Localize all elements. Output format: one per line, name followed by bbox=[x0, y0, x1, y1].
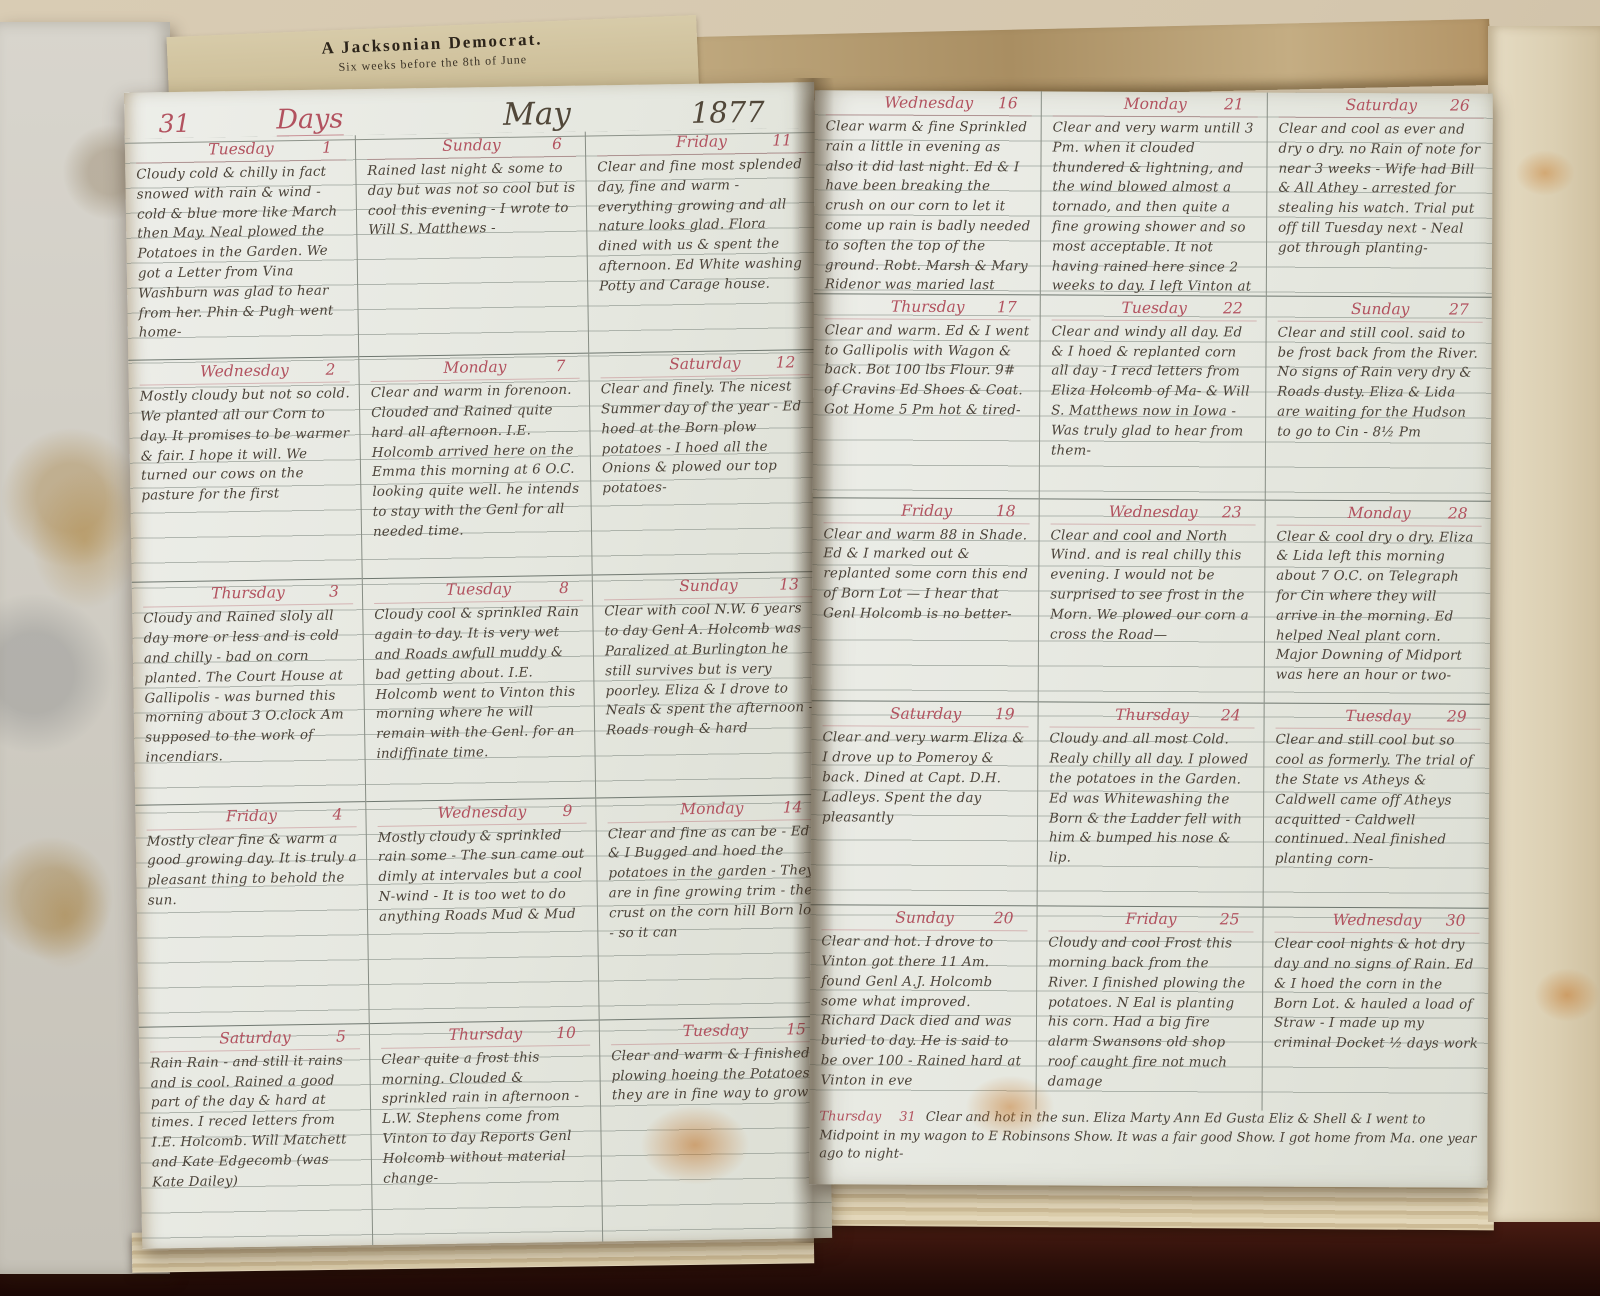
diary-entry-thursday-31: Thursday31Clear and hot in the sun. Eliz… bbox=[819, 1108, 1477, 1183]
diary-entry-monday-7: Monday 7 Clear and warm in forenoon. Clo… bbox=[359, 353, 591, 579]
entry-day-label: Saturday bbox=[1346, 96, 1417, 114]
entry-date-number: 20 bbox=[994, 907, 1014, 930]
diary-entry-thursday-17: Thursday 17 Clear and warm. Ed & I went … bbox=[813, 293, 1040, 498]
diary-entry-saturday-12: Saturday 12 Clear and finely. The nicest… bbox=[589, 349, 821, 575]
entry-text: Clear and still cool. said to be frost b… bbox=[1277, 323, 1483, 443]
days-word: Days bbox=[276, 103, 343, 136]
left-diary-page: 31 Days May 1877 Tuesday 1 Cloudy cold &… bbox=[124, 82, 832, 1249]
diary-entry-tuesday-1: Tuesday 1 Cloudy cold & chilly in fact s… bbox=[125, 135, 358, 360]
diary-entry-saturday-26: Saturday 26 Clear and cool as ever and d… bbox=[1267, 93, 1493, 297]
entry-text: Mostly cloudy but not so cold. We plante… bbox=[140, 385, 352, 507]
entry-day-label: Tuesday bbox=[683, 1021, 749, 1040]
entry-date-number: 6 bbox=[552, 133, 562, 156]
entry-text: Clear and very warm Eliza & I drove up t… bbox=[822, 729, 1029, 829]
entry-text: Clear and hot. I drove to Vinton got the… bbox=[821, 932, 1028, 1091]
entry-day-label: Saturday bbox=[219, 1028, 291, 1047]
right-page-column-3: Saturday 26 Clear and cool as ever and d… bbox=[1262, 93, 1493, 1112]
entry-date-number: 4 bbox=[332, 803, 342, 826]
entry-day-label: Thursday bbox=[211, 584, 285, 603]
entry-day-label: Sunday bbox=[679, 577, 738, 596]
entry-date-number: 30 bbox=[1446, 910, 1466, 933]
entry-text: Clear cool nights & hot dry day and no s… bbox=[1274, 935, 1480, 1055]
entry-text: Rain Rain - and still it rains and is co… bbox=[150, 1051, 362, 1193]
diary-entry-tuesday-29: Tuesday 29 Clear and still cool but so c… bbox=[1264, 703, 1490, 908]
entry-date-number: 26 bbox=[1450, 95, 1470, 118]
entry-text: Clear warm & fine Sprinkled rain a littl… bbox=[825, 117, 1032, 294]
entry-date-number: 1 bbox=[322, 137, 332, 160]
entry-text: Clear and still cool but so cool as form… bbox=[1275, 731, 1481, 871]
entry-date-number: 28 bbox=[1448, 502, 1468, 525]
right-diary-page: Wednesday 16 Clear warm & fine Sprinkled… bbox=[809, 90, 1493, 1188]
diary-entry-friday-25: Friday 25 Cloudy and cool Frost this mor… bbox=[1037, 906, 1263, 1111]
entry-text: Clear & cool dry o dry. Eliza & Lida lef… bbox=[1276, 527, 1482, 686]
right-page-columns: Wednesday 16 Clear warm & fine Sprinkled… bbox=[810, 90, 1493, 1112]
entry-day-label: Wednesday bbox=[884, 94, 973, 112]
entry-day-label: Monday bbox=[680, 799, 743, 818]
entry-text: Cloudy cold & chilly in fact snowed with… bbox=[136, 162, 349, 343]
diary-entry-tuesday-8: Tuesday 8 Cloudy cool & sprinkled Rain a… bbox=[363, 575, 595, 801]
entry-text: Cloudy and all most Cold. Realy chilly a… bbox=[1049, 730, 1255, 870]
entry-text: Clear and hot in the sun. Eliza Marty An… bbox=[819, 1110, 1476, 1162]
book-gutter-shadow bbox=[792, 78, 834, 1243]
entry-text: Clear and very warm untill 3 Pm. when it… bbox=[1052, 118, 1258, 295]
entry-text: Clear and fine as can be - Ed & I Bugged… bbox=[608, 822, 819, 944]
entry-day-label: Friday bbox=[676, 132, 727, 151]
left-page-column-1: Tuesday 1 Cloudy cold & chilly in fact s… bbox=[125, 135, 372, 1248]
entry-day-label: Tuesday bbox=[446, 580, 512, 599]
entry-date-number: 23 bbox=[1222, 501, 1242, 524]
entry-date-number: 3 bbox=[329, 581, 339, 604]
entry-text: Clear and windy all day. Ed & I hoed & r… bbox=[1051, 322, 1257, 462]
entry-day-label: Thursday bbox=[448, 1025, 522, 1044]
entry-day-label: Monday bbox=[1348, 504, 1411, 522]
diary-entry-thursday-3: Thursday 3 Cloudy and Rained sloly all d… bbox=[132, 579, 365, 805]
entry-date-number: 9 bbox=[562, 799, 572, 822]
entry-day-label: Wednesday bbox=[437, 802, 526, 821]
entry-day-label: Friday bbox=[901, 501, 952, 519]
entry-date-number: 27 bbox=[1449, 298, 1469, 321]
entry-day-label: Friday bbox=[226, 806, 277, 825]
diary-entry-sunday-13: Sunday 13 Clear with cool N.W. 6 years t… bbox=[593, 571, 825, 797]
entry-text: Clear and finely. The nicest Summer day … bbox=[601, 377, 812, 499]
diary-entry-tuesday-22: Tuesday 22 Clear and windy all day. Ed &… bbox=[1040, 294, 1266, 499]
diary-entry-friday-4: Friday 4 Mostly clear fine & warm a good… bbox=[135, 801, 368, 1027]
entry-text: Clear with cool N.W. 6 years to day Genl… bbox=[604, 599, 815, 741]
diary-entry-friday-11: Friday 11 Clear and fine most splended d… bbox=[586, 128, 818, 353]
right-page-column-1: Wednesday 16 Clear warm & fine Sprinkled… bbox=[810, 90, 1041, 1109]
diary-entry-sunday-20: Sunday 20 Clear and hot. I drove to Vint… bbox=[810, 904, 1037, 1109]
month-label: May bbox=[503, 96, 571, 133]
entry-day-label: Wednesday bbox=[1109, 502, 1198, 520]
diary-entry-sunday-27: Sunday 27 Clear and still cool. said to … bbox=[1266, 295, 1492, 500]
diary-entry-wednesday-2: Wednesday 2 Mostly cloudy but not so col… bbox=[128, 356, 361, 582]
entry-text: Clear quite a frost this morning. Cloude… bbox=[381, 1047, 592, 1189]
flyleaf-page bbox=[1488, 26, 1600, 1222]
entry-day-label: Monday bbox=[443, 358, 506, 377]
diary-photo-scene: A Jacksonian Democrat. Six weeks before … bbox=[0, 0, 1600, 1296]
diary-entry-saturday-5: Saturday 5 Rain Rain - and still it rain… bbox=[139, 1023, 372, 1249]
entry-day-label: Thursday bbox=[891, 297, 965, 315]
entry-text: Mostly cloudy & sprinkled rain some - Th… bbox=[378, 825, 589, 927]
diary-entry-friday-18: Friday 18 Clear and warm 88 in Shade. Ed… bbox=[812, 497, 1039, 702]
entry-text: Clear and cool as ever and dry o dry. no… bbox=[1278, 120, 1484, 260]
left-page-columns: Tuesday 1 Cloudy cold & chilly in fact s… bbox=[125, 128, 832, 1249]
diary-entry-sunday-6: Sunday 6 Rained last night & some to day… bbox=[356, 132, 588, 357]
entry-date-number: 11 bbox=[772, 129, 792, 152]
entry-text: Clear and warm 88 in Shade. Ed & I marke… bbox=[823, 525, 1030, 625]
entry-day-label: Saturday bbox=[890, 705, 961, 723]
entry-date-number: 18 bbox=[996, 500, 1016, 523]
diary-entry-monday-28: Monday 28 Clear & cool dry o dry. Eliza … bbox=[1265, 499, 1491, 704]
entry-date-number: 31 bbox=[899, 1110, 916, 1125]
diary-entry-thursday-24: Thursday 24 Cloudy and all most Cold. Re… bbox=[1038, 702, 1264, 907]
entry-day-label: Tuesday bbox=[1345, 707, 1410, 725]
diary-entry-monday-21: Monday 21 Clear and very warm untill 3 P… bbox=[1041, 91, 1267, 295]
entry-day-label: Tuesday bbox=[1122, 299, 1187, 317]
entry-day-label: Tuesday bbox=[208, 139, 274, 158]
entry-text: Cloudy cool & sprinkled Rain again to da… bbox=[374, 603, 585, 765]
entry-day-label: Thursday bbox=[1115, 706, 1189, 724]
right-page-column-2: Monday 21 Clear and very warm untill 3 P… bbox=[1036, 91, 1267, 1110]
entry-date-number: 16 bbox=[998, 92, 1018, 115]
entry-date-number: 7 bbox=[555, 355, 565, 378]
year-label: 1877 bbox=[691, 95, 765, 130]
entry-text: Cloudy and cool Frost this morning back … bbox=[1048, 934, 1254, 1093]
entry-text: Rained last night & some to day but was … bbox=[367, 159, 577, 241]
entry-day-label: Sunday bbox=[1351, 300, 1410, 318]
diary-entry-wednesday-30: Wednesday 30 Clear cool nights & hot dry… bbox=[1263, 907, 1489, 1112]
entry-date-number: 22 bbox=[1223, 297, 1243, 320]
left-page-column-2: Sunday 6 Rained last night & some to day… bbox=[355, 132, 602, 1245]
entry-text: Clear and fine most splended day, fine a… bbox=[597, 155, 808, 297]
entry-date-number: 19 bbox=[995, 704, 1015, 727]
entry-day-label: Sunday bbox=[442, 136, 501, 155]
entry-day-label: Sunday bbox=[895, 909, 954, 927]
days-count: 31 bbox=[158, 109, 190, 138]
entry-date-number: 10 bbox=[556, 1022, 576, 1045]
entry-text: Clear and warm in forenoon. Clouded and … bbox=[371, 381, 582, 543]
entry-date-number: 5 bbox=[336, 1025, 346, 1048]
entry-text: Clear and cool and North Wind. and is re… bbox=[1050, 526, 1256, 646]
entry-day-label: Friday bbox=[1125, 910, 1176, 928]
entry-date-number: 29 bbox=[1447, 706, 1467, 729]
entry-date-number: 24 bbox=[1221, 705, 1241, 728]
entry-day-label: Wednesday bbox=[200, 361, 289, 380]
diary-entry-wednesday-23: Wednesday 23 Clear and cool and North Wi… bbox=[1039, 498, 1265, 703]
entry-day-label: Monday bbox=[1124, 95, 1187, 113]
diary-entry-saturday-19: Saturday 19 Clear and very warm Eliza & … bbox=[811, 701, 1038, 906]
entry-text: Mostly clear fine & warm a good growing … bbox=[147, 829, 358, 911]
entry-text: Cloudy and Rained sloly all day more or … bbox=[143, 607, 355, 769]
entry-date-number: 17 bbox=[997, 296, 1017, 319]
diary-entry-thursday-10: Thursday 10 Clear quite a frost this mor… bbox=[370, 1019, 602, 1245]
entry-day-label: Saturday bbox=[669, 354, 741, 373]
entry-day-label: Wednesday bbox=[1333, 911, 1422, 929]
entry-text: Clear and warm & I finished plowing hoei… bbox=[611, 1044, 821, 1107]
entry-date-number: 25 bbox=[1220, 909, 1240, 932]
diary-entry-wednesday-9: Wednesday 9 Mostly cloudy & sprinkled ra… bbox=[366, 797, 598, 1023]
entry-date-number: 21 bbox=[1224, 93, 1244, 116]
entry-date-number: 8 bbox=[559, 577, 569, 600]
entry-text: Clear and warm. Ed & I went to Gallipoli… bbox=[824, 321, 1031, 421]
diary-entry-wednesday-16: Wednesday 16 Clear warm & fine Sprinkled… bbox=[814, 90, 1041, 294]
entry-date-number: 2 bbox=[325, 359, 335, 382]
